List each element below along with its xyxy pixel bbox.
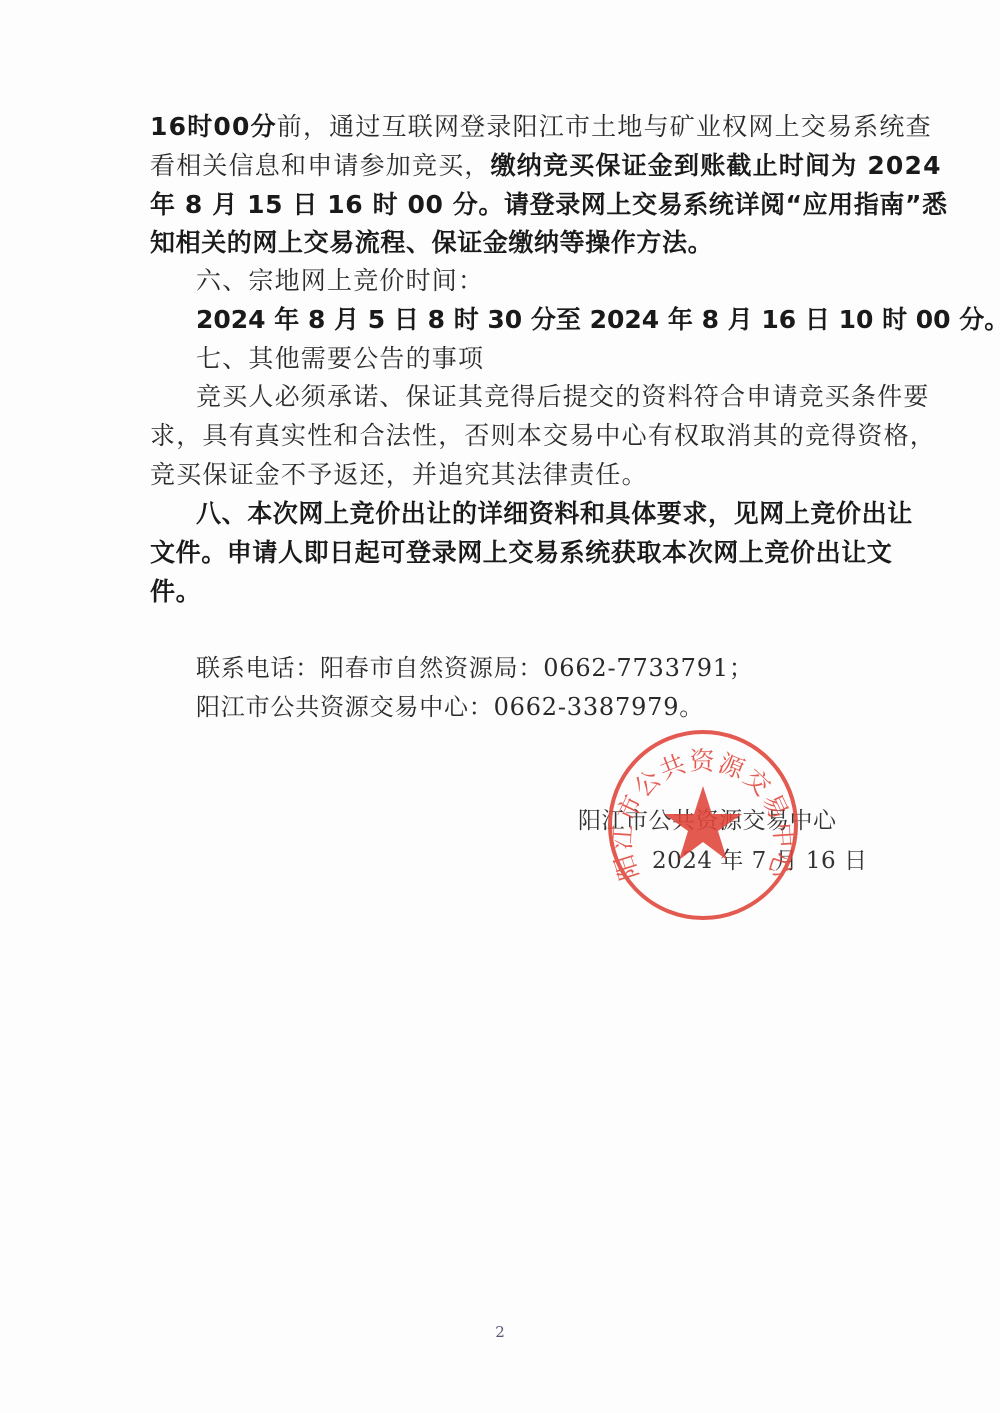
para5-line1: 16时00分前，通过互联网登录阳江市土地与矿业权网上交易系统查	[150, 110, 842, 144]
page-number: 2	[0, 1323, 1000, 1341]
deposit-deadline-text: 缴纳竞买保证金到账截止时间为 2024	[491, 151, 942, 180]
section7-line2: 求，具有真实性和合法性，否则本交易中心有权取消其的竞得资格，	[150, 419, 842, 453]
document-page: 16时00分前，通过互联网登录阳江市土地与矿业权网上交易系统查 看相关信息和申请…	[0, 0, 1000, 1413]
section7-line1: 竞买人必须承诺、保证其竞得后提交的资料符合申请竞买条件要	[196, 380, 842, 414]
para5-line2-normal: 看相关信息和申请参加竞买，	[150, 151, 491, 180]
section7-line3: 竞买保证金不予返还，并追究其法律责任。	[150, 458, 842, 492]
bidding-time: 2024 年 8 月 5 日 8 时 30 分至 2024 年 8 月 16 日…	[196, 303, 842, 337]
para5-line4: 知相关的网上交易流程、保证金缴纳等操作方法。	[150, 226, 842, 260]
section7-heading: 七、其他需要公告的事项	[196, 342, 842, 376]
para5-line1-text: 前，通过互联网登录阳江市土地与矿业权网上交易系统查	[277, 112, 932, 141]
section8-line1: 八、本次网上竞价出让的详细资料和具体要求，见网上竞价出让	[196, 497, 842, 531]
contact-line1: 联系电话：阳春市自然资源局：0662-7733791；	[196, 651, 842, 685]
signature-date: 2024 年 7 月 16 日	[652, 846, 868, 876]
para5-line2: 看相关信息和申请参加竞买，缴纳竞买保证金到账截止时间为 2024	[150, 149, 842, 183]
bold-time-text: 16时00分	[150, 112, 277, 141]
section6-heading: 六、宗地网上竞价时间：	[196, 264, 842, 298]
section8-line2: 文件。申请人即日起可登录网上交易系统获取本次网上竞价出让文	[150, 536, 842, 570]
contact-line2: 阳江市公共资源交易中心：0662-3387979。	[196, 690, 842, 724]
signature-organization: 阳江市公共资源交易中心	[578, 806, 837, 836]
section8-line3: 件。	[150, 575, 842, 609]
para5-line3: 年 8 月 15 日 16 时 00 分。请登录网上交易系统详阅“应用指南”悉	[150, 188, 842, 222]
